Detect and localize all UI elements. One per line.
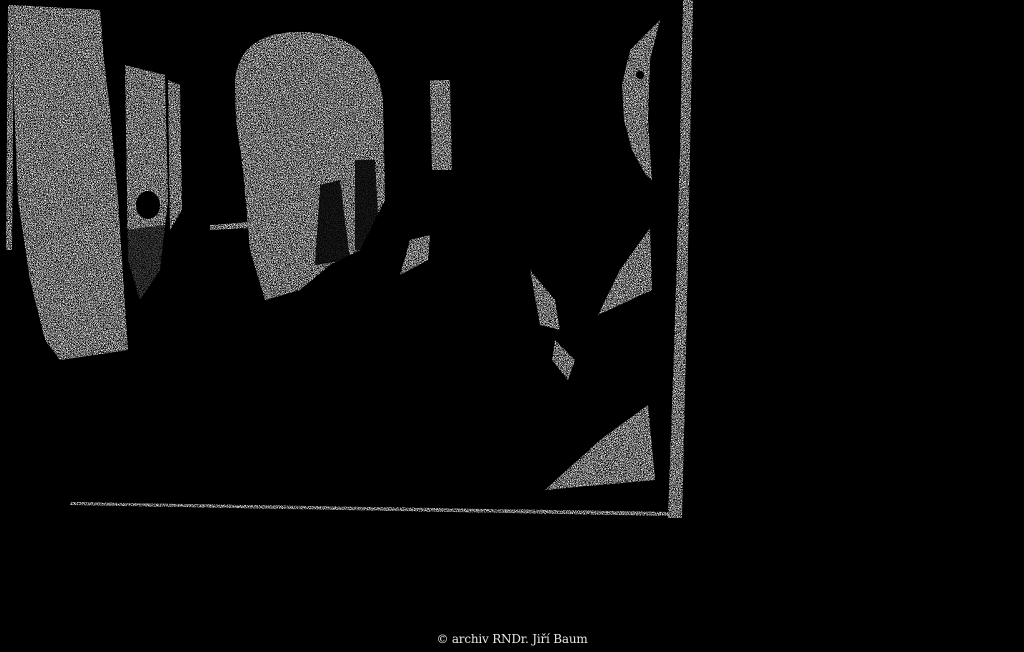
photo-credit-caption: © archiv RNDr. Jiří Baum (0, 632, 1024, 646)
archival-photo (0, 0, 700, 520)
